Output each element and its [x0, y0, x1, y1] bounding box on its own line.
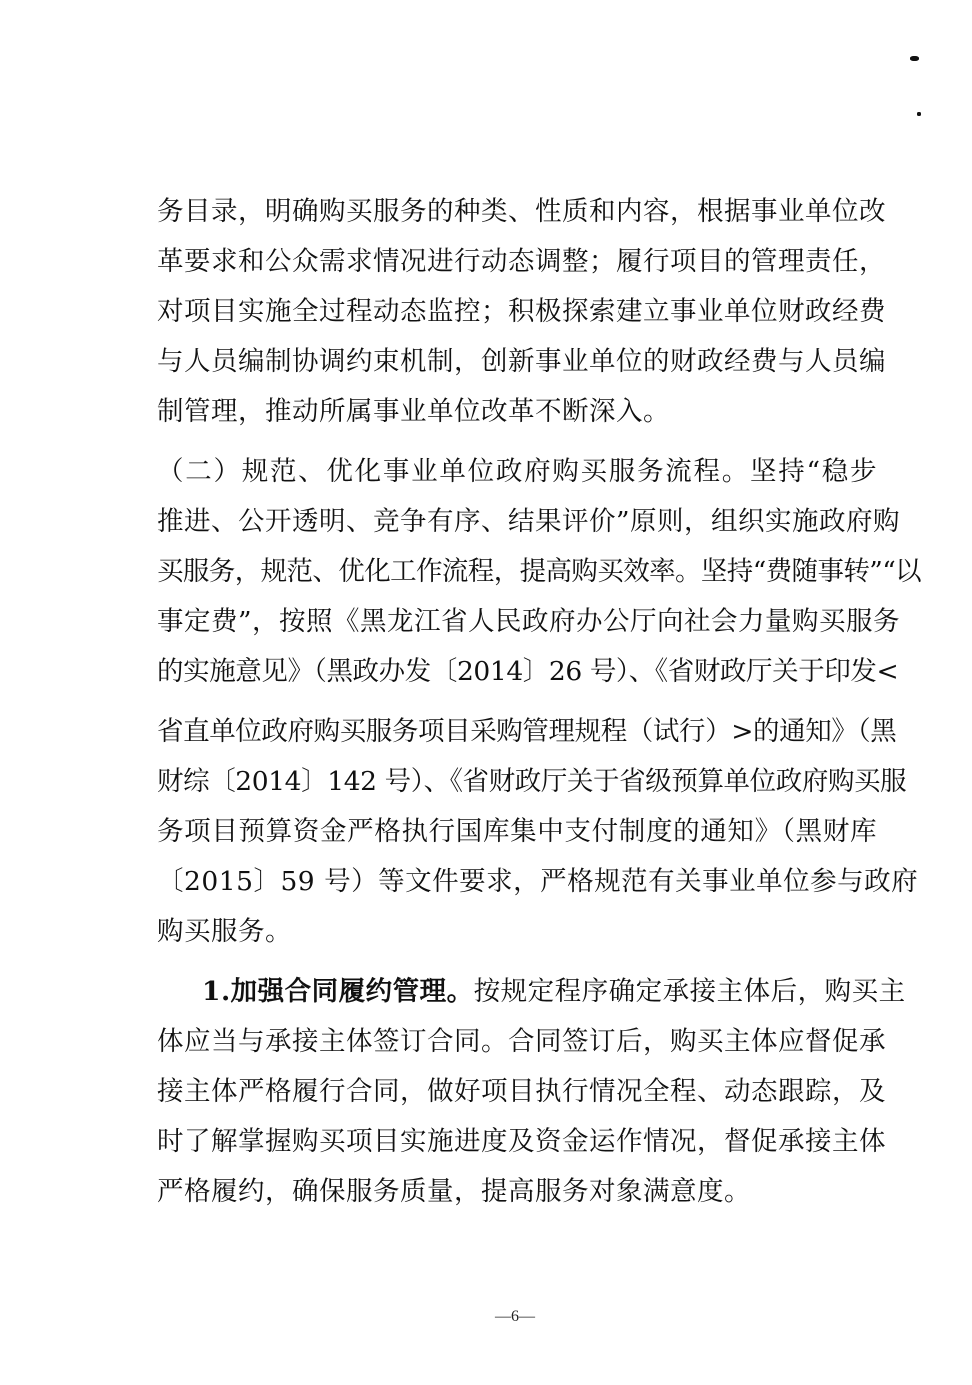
paragraph-line: 财综〔2014〕142 号）、《省财政厅关于省级预算单位政府购买服	[157, 762, 877, 802]
subsection-text: 按规定程序确定承接主体后，购买主	[474, 976, 906, 1007]
scan-speck	[917, 112, 921, 116]
paragraph-line: 事定费”，按照《黑龙江省人民政府办公厅向社会力量购买服务	[157, 602, 877, 642]
paragraph-line: 时了解掌握购买项目实施进度及资金运作情况，督促承接主体	[157, 1122, 877, 1162]
paragraph-line: 购买服务。	[157, 912, 877, 952]
paragraph-line: 体应当与承接主体签订合同。合同签订后，购买主体应督促承	[157, 1022, 877, 1062]
paragraph-line: 严格履约，确保服务质量，提高服务对象满意度。	[157, 1172, 877, 1212]
paragraph-line: 接主体严格履行合同，做好项目执行情况全程、动态跟踪，及	[157, 1072, 877, 1112]
document-page: 务目录，明确购买服务的种类、性质和内容，根据事业单位改 革要求和公众需求情况进行…	[0, 0, 972, 1385]
paragraph-line: 革要求和公众需求情况进行动态调整；履行项目的管理责任，	[157, 242, 877, 282]
paragraph-line: 〔2015〕59 号）等文件要求，严格规范有关事业单位参与政府	[157, 862, 877, 902]
paragraph-line: 买服务，规范、优化工作流程，提高购买效率。坚持“费随事转”“以	[157, 552, 877, 592]
paragraph-line: 与人员编制协调约束机制，创新事业单位的财政经费与人员编	[157, 342, 877, 382]
paragraph-line: 省直单位政府购买服务项目采购管理规程（试行）>的通知》（黑	[157, 712, 877, 752]
paragraph-line: 的实施意见》（黑政办发〔2014〕26 号）、《省财政厅关于印发<	[157, 652, 877, 692]
subsection-line: 1.加强合同履约管理。按规定程序确定承接主体后，购买主	[202, 972, 877, 1012]
section-heading-line: （二）规范、优化事业单位政府购买服务流程。坚持“稳步	[157, 452, 877, 492]
paragraph-line: 制管理，推动所属事业单位改革不断深入。	[157, 392, 877, 432]
paragraph-line: 推进、公开透明、竞争有序、结果评价”原则，组织实施政府购	[157, 502, 877, 542]
paragraph-line: 务项目预算资金严格执行国库集中支付制度的通知》（黑财库	[157, 812, 877, 852]
paragraph-line: 务目录，明确购买服务的种类、性质和内容，根据事业单位改	[157, 192, 877, 232]
paragraph-line: 对项目实施全过程动态监控；积极探索建立事业单位财政经费	[157, 292, 877, 332]
subsection-title: 1.加强合同履约管理。	[202, 976, 474, 1007]
scan-speck	[910, 56, 919, 61]
page-number: —6—	[490, 1308, 540, 1326]
